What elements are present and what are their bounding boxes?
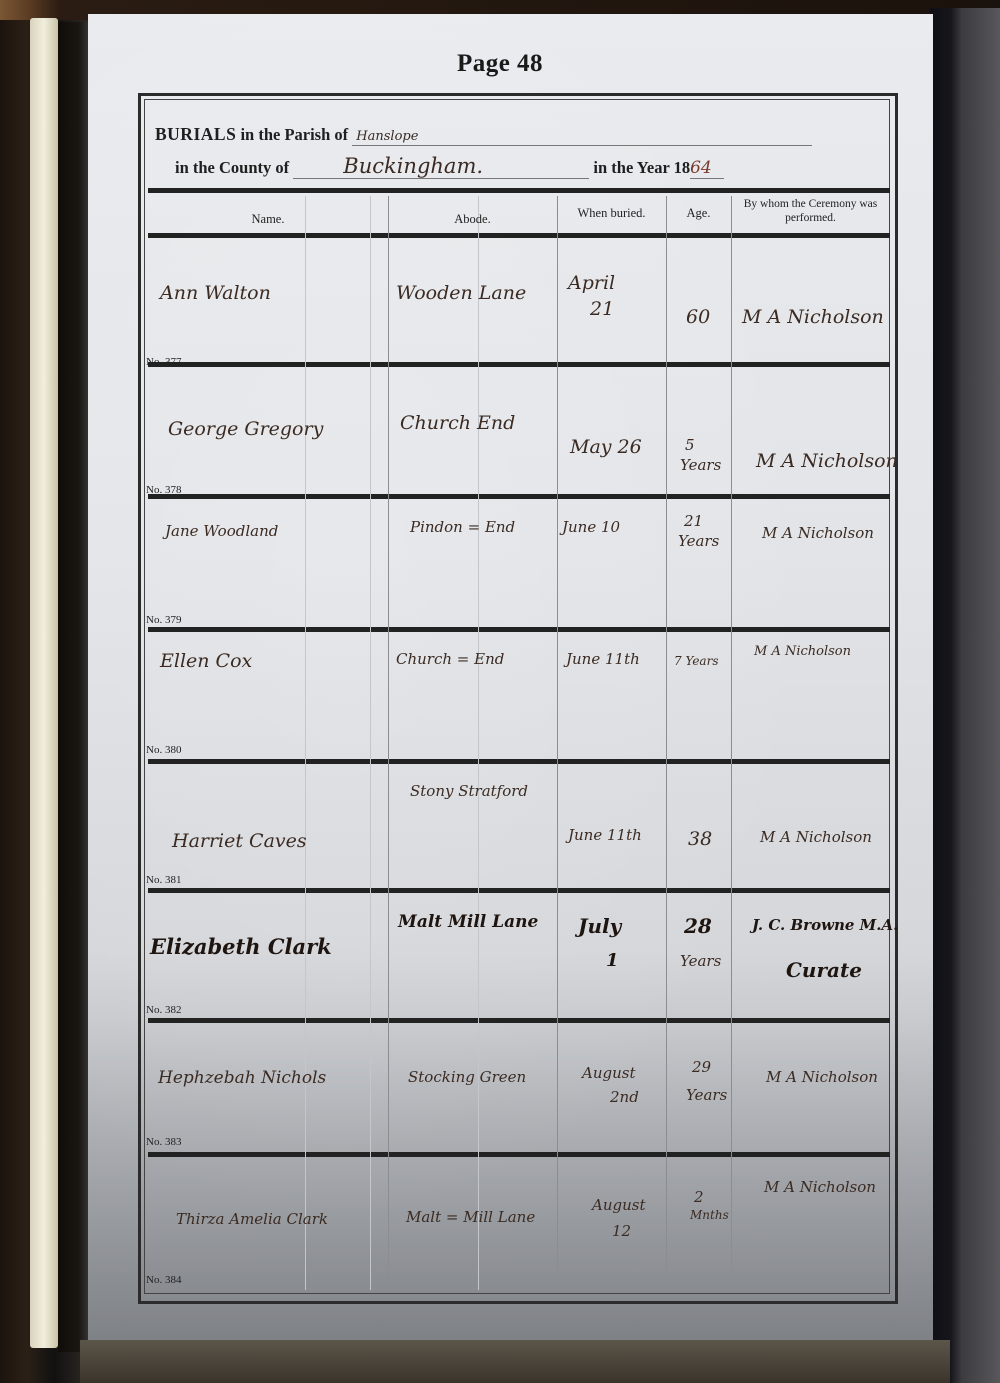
entry-when-buried: June 10 <box>562 518 620 536</box>
entry-when-buried: May 26 <box>570 436 642 458</box>
year-label: in the Year 18 <box>589 158 690 177</box>
entry-age-unit: Years <box>678 532 719 550</box>
entry-age-unit: Years <box>686 1086 727 1104</box>
entry-abode: Stony Stratford <box>410 782 528 800</box>
entry-number: No. 384 <box>146 1274 181 1286</box>
entry-officiant: M A Nicholson <box>762 524 874 542</box>
row-divider <box>148 888 890 893</box>
entry-age-unit: Mnths <box>690 1208 729 1222</box>
entry-when-buried-day: 12 <box>612 1222 631 1240</box>
entry-name: Hephzebah Nichols <box>158 1068 326 1088</box>
entry-age: 5 <box>685 436 695 454</box>
column-header-when-buried: When buried. <box>557 206 666 220</box>
row-divider <box>148 1152 890 1157</box>
entry-age: 28 <box>684 914 712 938</box>
entry-abode: Wooden Lane <box>396 282 526 304</box>
entry-when-buried: June 11th <box>568 826 642 844</box>
column-rule <box>666 196 667 1290</box>
burials-heading: BURIALS <box>155 124 236 144</box>
book-bottom-edge <box>80 1340 950 1383</box>
parish-label: in the Parish of <box>236 125 352 144</box>
column-header-abode: Abode. <box>388 212 557 226</box>
entry-age-unit: Years <box>680 456 721 474</box>
entry-when-buried-day: 21 <box>590 298 614 320</box>
register-frame-inner <box>144 99 890 1294</box>
row-divider <box>148 362 890 367</box>
entry-age: 29 <box>692 1058 711 1076</box>
entry-age-unit: Years <box>680 952 721 970</box>
entry-age: 21 <box>684 512 703 530</box>
row-divider <box>148 494 890 499</box>
entry-number: No. 381 <box>146 874 181 886</box>
entry-abode: Church End <box>400 412 515 434</box>
entry-age: 2 <box>694 1188 704 1206</box>
header-rule <box>148 188 890 193</box>
entry-officiant: M A Nicholson <box>766 1068 878 1086</box>
entry-name: Harriet Caves <box>172 830 307 852</box>
entry-number: No. 382 <box>146 1004 181 1016</box>
entry-number: No. 383 <box>146 1136 181 1148</box>
facing-page <box>930 8 1000 1383</box>
entry-officiant: M A Nicholson <box>742 306 884 328</box>
parish-value: Hanslope <box>356 129 418 144</box>
entry-number: No. 378 <box>146 484 181 496</box>
entry-when-buried: June 11th <box>566 650 640 668</box>
entry-number: No. 377 <box>146 356 181 368</box>
entry-name: Elizabeth Clark <box>150 934 332 959</box>
page-edges <box>30 18 58 1348</box>
entry-name: Thirza Amelia Clark <box>176 1210 328 1228</box>
entry-officiant: M A Nicholson <box>754 644 851 659</box>
entry-abode: Malt Mill Lane <box>398 912 538 932</box>
entry-when-buried: July <box>578 914 621 938</box>
entry-age: 38 <box>688 828 712 850</box>
column-rule <box>731 196 732 1290</box>
entry-abode: Pindon = End <box>410 518 515 536</box>
entry-abode: Malt = Mill Lane <box>406 1208 535 1226</box>
entry-name: George Gregory <box>168 418 323 440</box>
column-header-officiant: By whom the Ceremony was performed. <box>733 197 888 225</box>
entry-name: Ann Walton <box>160 282 271 304</box>
entry-when-buried: August <box>582 1064 635 1082</box>
column-guide <box>370 196 371 1290</box>
page-number-title: Page 48 <box>0 50 1000 78</box>
county-label: in the County of <box>175 158 293 177</box>
row-divider <box>148 627 890 632</box>
parish-line: BURIALS in the Parish of Hanslope <box>155 124 812 146</box>
entry-officiant: M A Nicholson <box>760 828 872 846</box>
column-rule <box>557 196 558 1290</box>
column-guide <box>305 196 306 1290</box>
column-header-name: Name. <box>148 212 388 226</box>
column-rule <box>388 196 389 1290</box>
entry-name: Ellen Cox <box>160 650 252 672</box>
column-head-rule <box>148 233 890 238</box>
entry-officiant: M A Nicholson <box>756 450 898 472</box>
entry-officiant: J. C. Browne M.A. <box>752 916 898 934</box>
year-value: 64 <box>690 158 712 178</box>
entry-when-buried-day: 1 <box>606 950 619 971</box>
county-value: Buckingham. <box>343 154 483 178</box>
entry-age: 60 <box>686 306 710 328</box>
entry-abode: Church = End <box>396 650 504 668</box>
column-header-age: Age. <box>666 206 731 220</box>
entry-officiant: M A Nicholson <box>764 1178 876 1196</box>
entry-age: 7 Years <box>674 654 718 668</box>
row-divider <box>148 1018 890 1023</box>
entry-officiant-title: Curate <box>786 958 862 982</box>
entry-when-buried-day: 2nd <box>610 1088 639 1106</box>
book-gutter <box>58 22 88 1352</box>
column-guide <box>478 196 479 1290</box>
entry-abode: Stocking Green <box>408 1068 526 1086</box>
entry-when-buried: August <box>592 1196 645 1214</box>
entry-number: No. 379 <box>146 614 181 626</box>
entry-when-buried: April <box>568 272 615 294</box>
county-line: in the County of Buckingham. in the Year… <box>175 154 724 179</box>
entry-number: No. 380 <box>146 744 181 756</box>
entry-name: Jane Woodland <box>165 522 278 540</box>
row-divider <box>148 759 890 764</box>
